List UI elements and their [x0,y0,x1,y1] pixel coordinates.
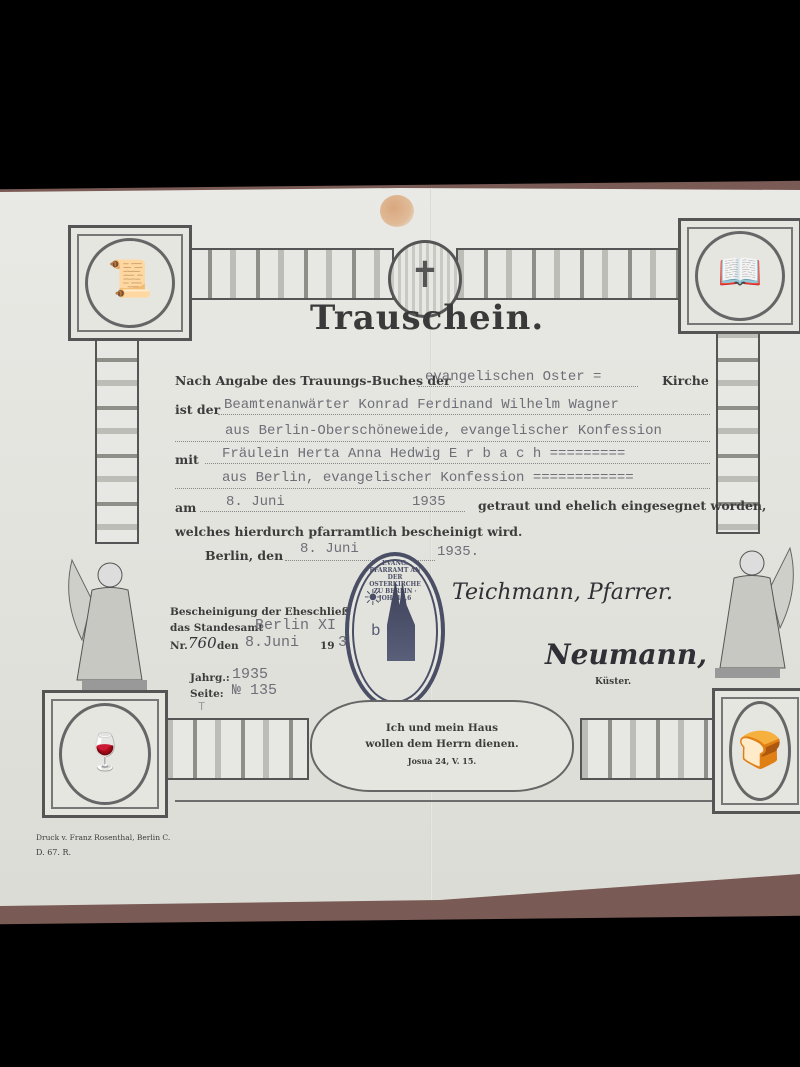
year-prefix: 19 [320,640,335,652]
printed-line-1-prefix: Nach Angabe des Trauungs-Buches der [175,373,451,388]
bottom-ornament-band-right [580,718,714,780]
tablets-of-law-icon: 📜 [71,258,189,300]
pastor-signature: Teichmann, Pfarrer. [452,580,673,605]
form-code: D. 67. R. [36,848,71,857]
top-ornament-band-right [456,248,682,300]
sexton-signature: Neumann, [545,638,707,671]
typed-registry-date: 8.Juni [245,634,299,651]
motto-line-1: Ich und mein Haus [312,722,572,734]
typed-groom-line-1: Beamtenanwärter Konrad Ferdinand Wilhelm… [224,397,619,413]
printed-line-6-prefix: am [175,500,196,515]
registry-label: das Standesamt [170,622,263,634]
typed-issue-day: 8. Juni [300,541,359,557]
printed-line-8-prefix: Berlin, den [205,548,283,563]
typed-seite: № 135 [232,682,277,699]
frame-bottom-rule [175,800,715,802]
typed-mark: T [198,700,205,714]
cross-icon: ✝ [391,255,459,296]
printed-line-2-prefix: ist der [175,402,220,417]
document-title: Trauschein. [310,298,544,338]
sun-rays-icon: ☀ [363,586,383,611]
jahrg-label: Jahrg.: [190,672,230,684]
chalice-icon: 🍷 [45,731,165,773]
medallion-tablets: 📜 [68,225,192,341]
left-ornament-pillar [95,330,139,544]
typed-issue-year: 1935. [437,544,479,560]
printed-line-4-prefix: mit [175,452,199,467]
printed-line-6-suffix: getraut und ehelich eingesegnet worden, [478,498,766,513]
bottom-ornament-band-left [165,718,309,780]
motto-cartouche: Ich und mein Haus wollen dem Herrn diene… [310,700,574,792]
top-ornament-band-left [180,248,394,300]
motto-reference: Josua 24, V. 15. [312,756,572,766]
kuester-label: Küster. [595,677,631,687]
medallion-chalice: 🍷 [42,690,168,818]
typed-groom-line-2: aus Berlin-Oberschöneweide, evangelische… [225,423,662,439]
angel-left-icon [62,540,157,690]
typed-church: evangelischen Oster = [425,369,601,385]
typed-wedding-day: 8. Juni [226,494,285,510]
number-label: Nr. [170,640,188,652]
angel-left [62,540,157,690]
printed-line-1-suffix: Kirche [662,373,709,388]
typed-jahrg: 1935 [232,666,268,683]
angel-right [705,528,800,678]
typed-bride-line-1: Fräulein Herta Anna Hedwig E r b a c h =… [222,446,625,462]
angel-right-icon [705,528,800,678]
stamp-letter: b [371,622,381,640]
seite-label: Seite: [190,688,224,700]
medallion-bowl: 🍞 [712,688,800,814]
typed-wedding-year: 1935 [412,494,446,510]
handwritten-registry-number: 760 [188,634,217,652]
church-seal-stamp: EVANG. PFARRAMT AN DER OSTERKIRCHE ZU BE… [345,552,445,710]
bread-bowl-icon: 🍞 [715,729,800,771]
stain [380,195,414,227]
typed-bride-line-2: aus Berlin, evangelischer Konfession ===… [222,470,634,486]
printer-imprint: Druck v. Franz Rosenthal, Berlin C. [36,833,170,842]
medallion-bible: 📖 [678,218,800,334]
open-book-icon: 📖 [681,251,799,293]
date-label: den [217,640,239,652]
typed-registry: Berlin XI [255,617,336,634]
motto-line-2: wollen dem Herrn dienen. [312,738,572,750]
printed-line-7: welches hierdurch pfarramtlich bescheini… [175,524,522,539]
